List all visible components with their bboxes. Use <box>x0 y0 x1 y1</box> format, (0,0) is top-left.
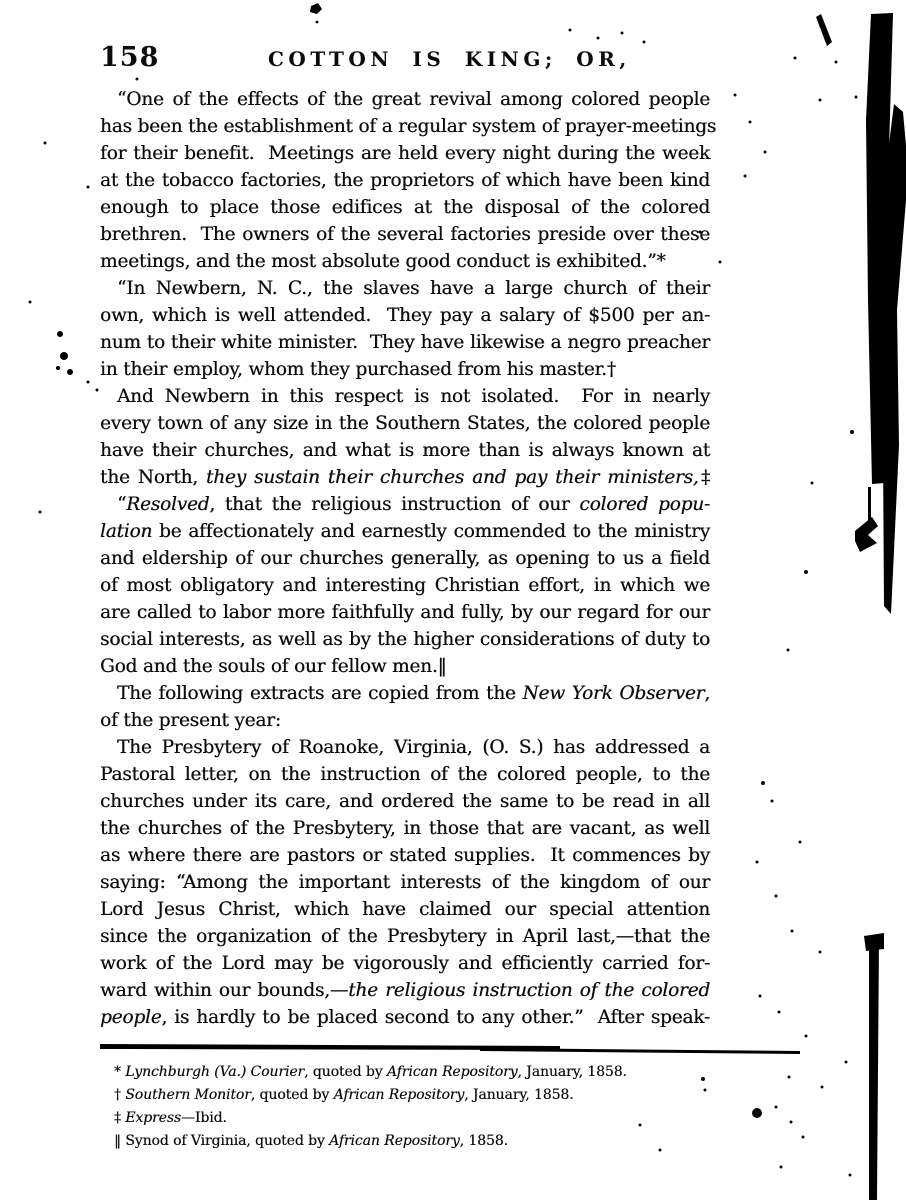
paragraph: “In Newbern, N. C., the slaves have a la… <box>100 275 710 383</box>
footnotes: * Lynchburgh (Va.) Courier, quoted by Af… <box>100 1061 740 1153</box>
text-line: “One of the effects of the great revival… <box>100 86 710 113</box>
text-line: brethren. The owners of the several fact… <box>100 221 710 248</box>
text-line: the churches of the Presbytery, in those… <box>100 815 710 842</box>
running-head: COTTON IS KING; OR, <box>268 47 631 71</box>
text-line: people, is hardly to be placed second to… <box>100 1004 710 1031</box>
pen-slash-artifact <box>816 14 832 46</box>
text-line: ward within our bounds,—the religious in… <box>100 977 710 1004</box>
text-line: saying: “Among the important interests o… <box>100 869 710 896</box>
footnote-line: † Southern Monitor, quoted by African Re… <box>100 1084 740 1107</box>
text-line: the North, they sustain their churches a… <box>100 464 710 491</box>
text-line: for their benefit. Meetings are held eve… <box>100 140 710 167</box>
text-line: meetings, and the most absolute good con… <box>100 248 710 275</box>
text-line: and eldership of our churches generally,… <box>100 545 710 572</box>
paragraph: The following extracts are copied from t… <box>100 680 710 734</box>
text-line: since the organization of the Presbytery… <box>100 923 710 950</box>
paragraph: The Presbytery of Roanoke, Virginia, (O.… <box>100 734 710 1031</box>
text-line: every town of any size in the Southern S… <box>100 410 710 437</box>
text-line: have their churches, and what is more th… <box>100 437 710 464</box>
paragraph: “One of the effects of the great revival… <box>100 86 710 275</box>
book-page-scan: 158 COTTON IS KING; OR, “One of the effe… <box>0 0 906 1200</box>
text-line: “In Newbern, N. C., the slaves have a la… <box>100 275 710 302</box>
page-number: 158 <box>100 42 159 73</box>
text-line: lation be affectionately and earnestly c… <box>100 518 710 545</box>
text-line: in their employ, whom they purchased fro… <box>100 356 710 383</box>
text-line: enough to place those edifices at the di… <box>100 194 710 221</box>
text-line: own, which is well attended. They pay a … <box>100 302 710 329</box>
text-line: “Resolved, that the religious instructio… <box>100 491 710 518</box>
text-line: Pastoral letter, on the instruction of t… <box>100 761 710 788</box>
text-line: of most obligatory and interesting Chris… <box>100 572 710 599</box>
text-line: And Newbern in this respect is not isola… <box>100 383 710 410</box>
text-line: churches under its care, and ordered the… <box>100 788 710 815</box>
text-line: The Presbytery of Roanoke, Virginia, (O.… <box>100 734 710 761</box>
paragraph: And Newbern in this respect is not isola… <box>100 383 710 491</box>
text-line: at the tobacco factories, the proprietor… <box>100 167 710 194</box>
paragraph: “Resolved, that the religious instructio… <box>100 491 710 680</box>
text-line: Lord Jesus Christ, which have claimed ou… <box>100 896 710 923</box>
text-line: The following extracts are copied from t… <box>100 680 710 707</box>
ink-blot-artifact <box>310 3 322 23</box>
text-line: of the present year: <box>100 707 710 734</box>
text-line: num to their white minister. They have l… <box>100 329 710 356</box>
text-line: are called to labor more faithfully and … <box>100 599 710 626</box>
body-text: “One of the effects of the great revival… <box>100 86 710 1031</box>
text-line: has been the establishment of a regular … <box>100 113 710 140</box>
text-line: as where there are pastors or stated sup… <box>100 842 710 869</box>
footnote-line: * Lynchburgh (Va.) Courier, quoted by Af… <box>100 1061 740 1084</box>
footnote-rule <box>100 1044 800 1054</box>
margin-blot-artifact <box>56 331 99 392</box>
text-line: work of the Lord may be vigorously and e… <box>100 950 710 977</box>
binding-streak-artifact <box>855 13 906 1200</box>
text-line: social interests, as well as by the high… <box>100 626 710 653</box>
footnote-line: ‖ Synod of Virginia, quoted by African R… <box>100 1130 740 1153</box>
footnote-line: ‡ Express—Ibid. <box>100 1107 740 1130</box>
text-line: God and the souls of our fellow men.‖ <box>100 653 710 680</box>
